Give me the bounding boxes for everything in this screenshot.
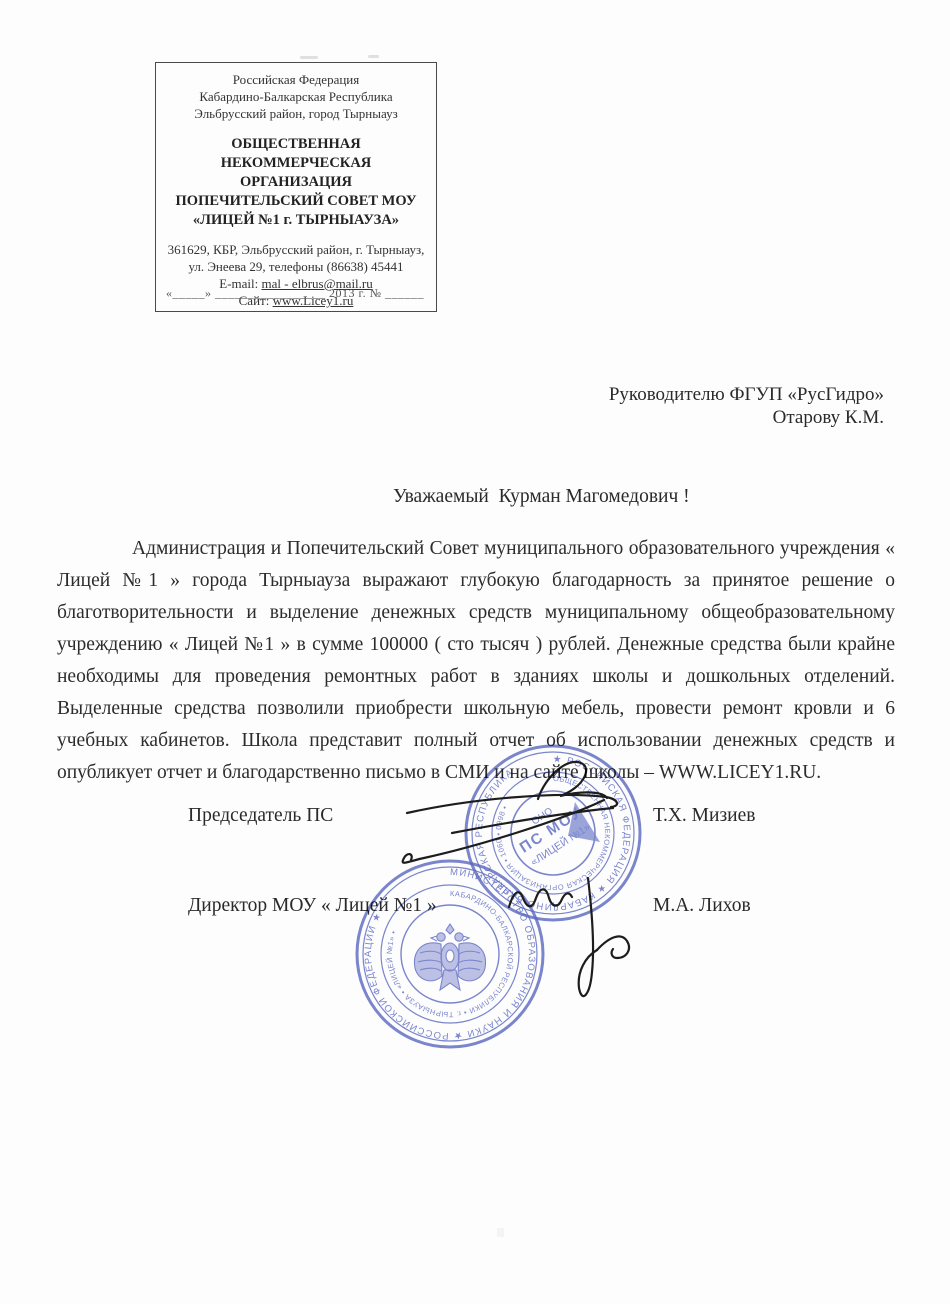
scan-artifact [368, 55, 379, 58]
chairman-name: Т.Х. Мизиев [653, 805, 755, 827]
address-line: 361629, КБР, Эльбрусский район, г. Тырны… [156, 241, 436, 258]
org-name-line: «ЛИЦЕЙ №1 г. ТЫРНЫАУЗА» [156, 211, 436, 230]
council-stamp-center-line2: ПС МОУ [517, 804, 586, 857]
date-number-line: «_____» _________________ 2013 г. № ____… [166, 286, 424, 301]
org-name-line: ПОПЕЧИТЕЛЬСКИЙ СОВЕТ МОУ [156, 192, 436, 211]
eagle-emblem [415, 924, 486, 990]
council-stamp-center-line1: ОНО [530, 806, 555, 828]
recipient-block: Руководителю ФГУП «РусГидро» Отарову К.М… [609, 383, 884, 429]
director-name: М.А. Лихов [653, 895, 751, 917]
address-line: ул. Энеева 29, телефоны (86638) 45441 [156, 258, 436, 275]
letterhead-box: Российская Федерация Кабардино-Балкарска… [155, 62, 437, 312]
letterhead-org-name: ОБЩЕСТВЕННАЯ НЕКОММЕРЧЕСКАЯ ОРГАНИЗАЦИЯ … [156, 135, 436, 230]
recipient-line-2: Отарову К.М. [609, 406, 884, 429]
org-name-line: ОРГАНИЗАЦИЯ [156, 173, 436, 192]
chairman-title: Председатель ПС [188, 805, 333, 827]
recipient-line-1: Руководителю ФГУП «РусГидро» [609, 383, 884, 406]
org-name-line: ОБЩЕСТВЕННАЯ НЕКОММЕРЧЕСКАЯ [156, 135, 436, 173]
letterhead-country: Российская Федерация [156, 71, 436, 88]
letterhead-district: Эльбрусский район, город Тырныауз [156, 105, 436, 122]
council-stamp-pennant [568, 802, 600, 842]
council-stamp-middle-text: ОБЩЕСТВЕННАЯ НЕКОММЕРЧЕСКАЯ ОРГАНИЗАЦИЯ … [494, 774, 612, 892]
council-stamp-center-line3: «ЛИЦЕЙ №1» [528, 820, 593, 868]
svg-text:ОБЩЕСТВЕННАЯ НЕКОММЕРЧЕСКАЯ ОР: ОБЩЕСТВЕННАЯ НЕКОММЕРЧЕСКАЯ ОРГАНИЗАЦИЯ … [494, 774, 612, 892]
scan-artifact [497, 1228, 504, 1237]
scanned-letter-page: Российская Федерация Кабардино-Балкарска… [0, 0, 950, 1304]
svg-text:МИНИСТЕРСТВО ОБРАЗОВАНИЯ И НАУ: МИНИСТЕРСТВО ОБРАЗОВАНИЯ И НАУКИ ★ РОССИ… [363, 867, 537, 1041]
salutation: Уважаемый Курман Магомедович ! [393, 486, 690, 508]
director-title: Директор МОУ « Лицей №1 » [188, 895, 437, 917]
ministry-stamp: МИНИСТЕРСТВО ОБРАЗОВАНИЯ И НАУКИ ★ РОССИ… [357, 861, 543, 1047]
ministry-stamp-outer-text: МИНИСТЕРСТВО ОБРАЗОВАНИЯ И НАУКИ ★ РОССИ… [363, 867, 537, 1041]
letterhead-republic: Кабардино-Балкарская Республика [156, 88, 436, 105]
director-handwritten-signature [509, 878, 629, 996]
letter-body: Администрация и Попечительский Совет мун… [57, 533, 895, 789]
scan-artifact [300, 56, 318, 59]
